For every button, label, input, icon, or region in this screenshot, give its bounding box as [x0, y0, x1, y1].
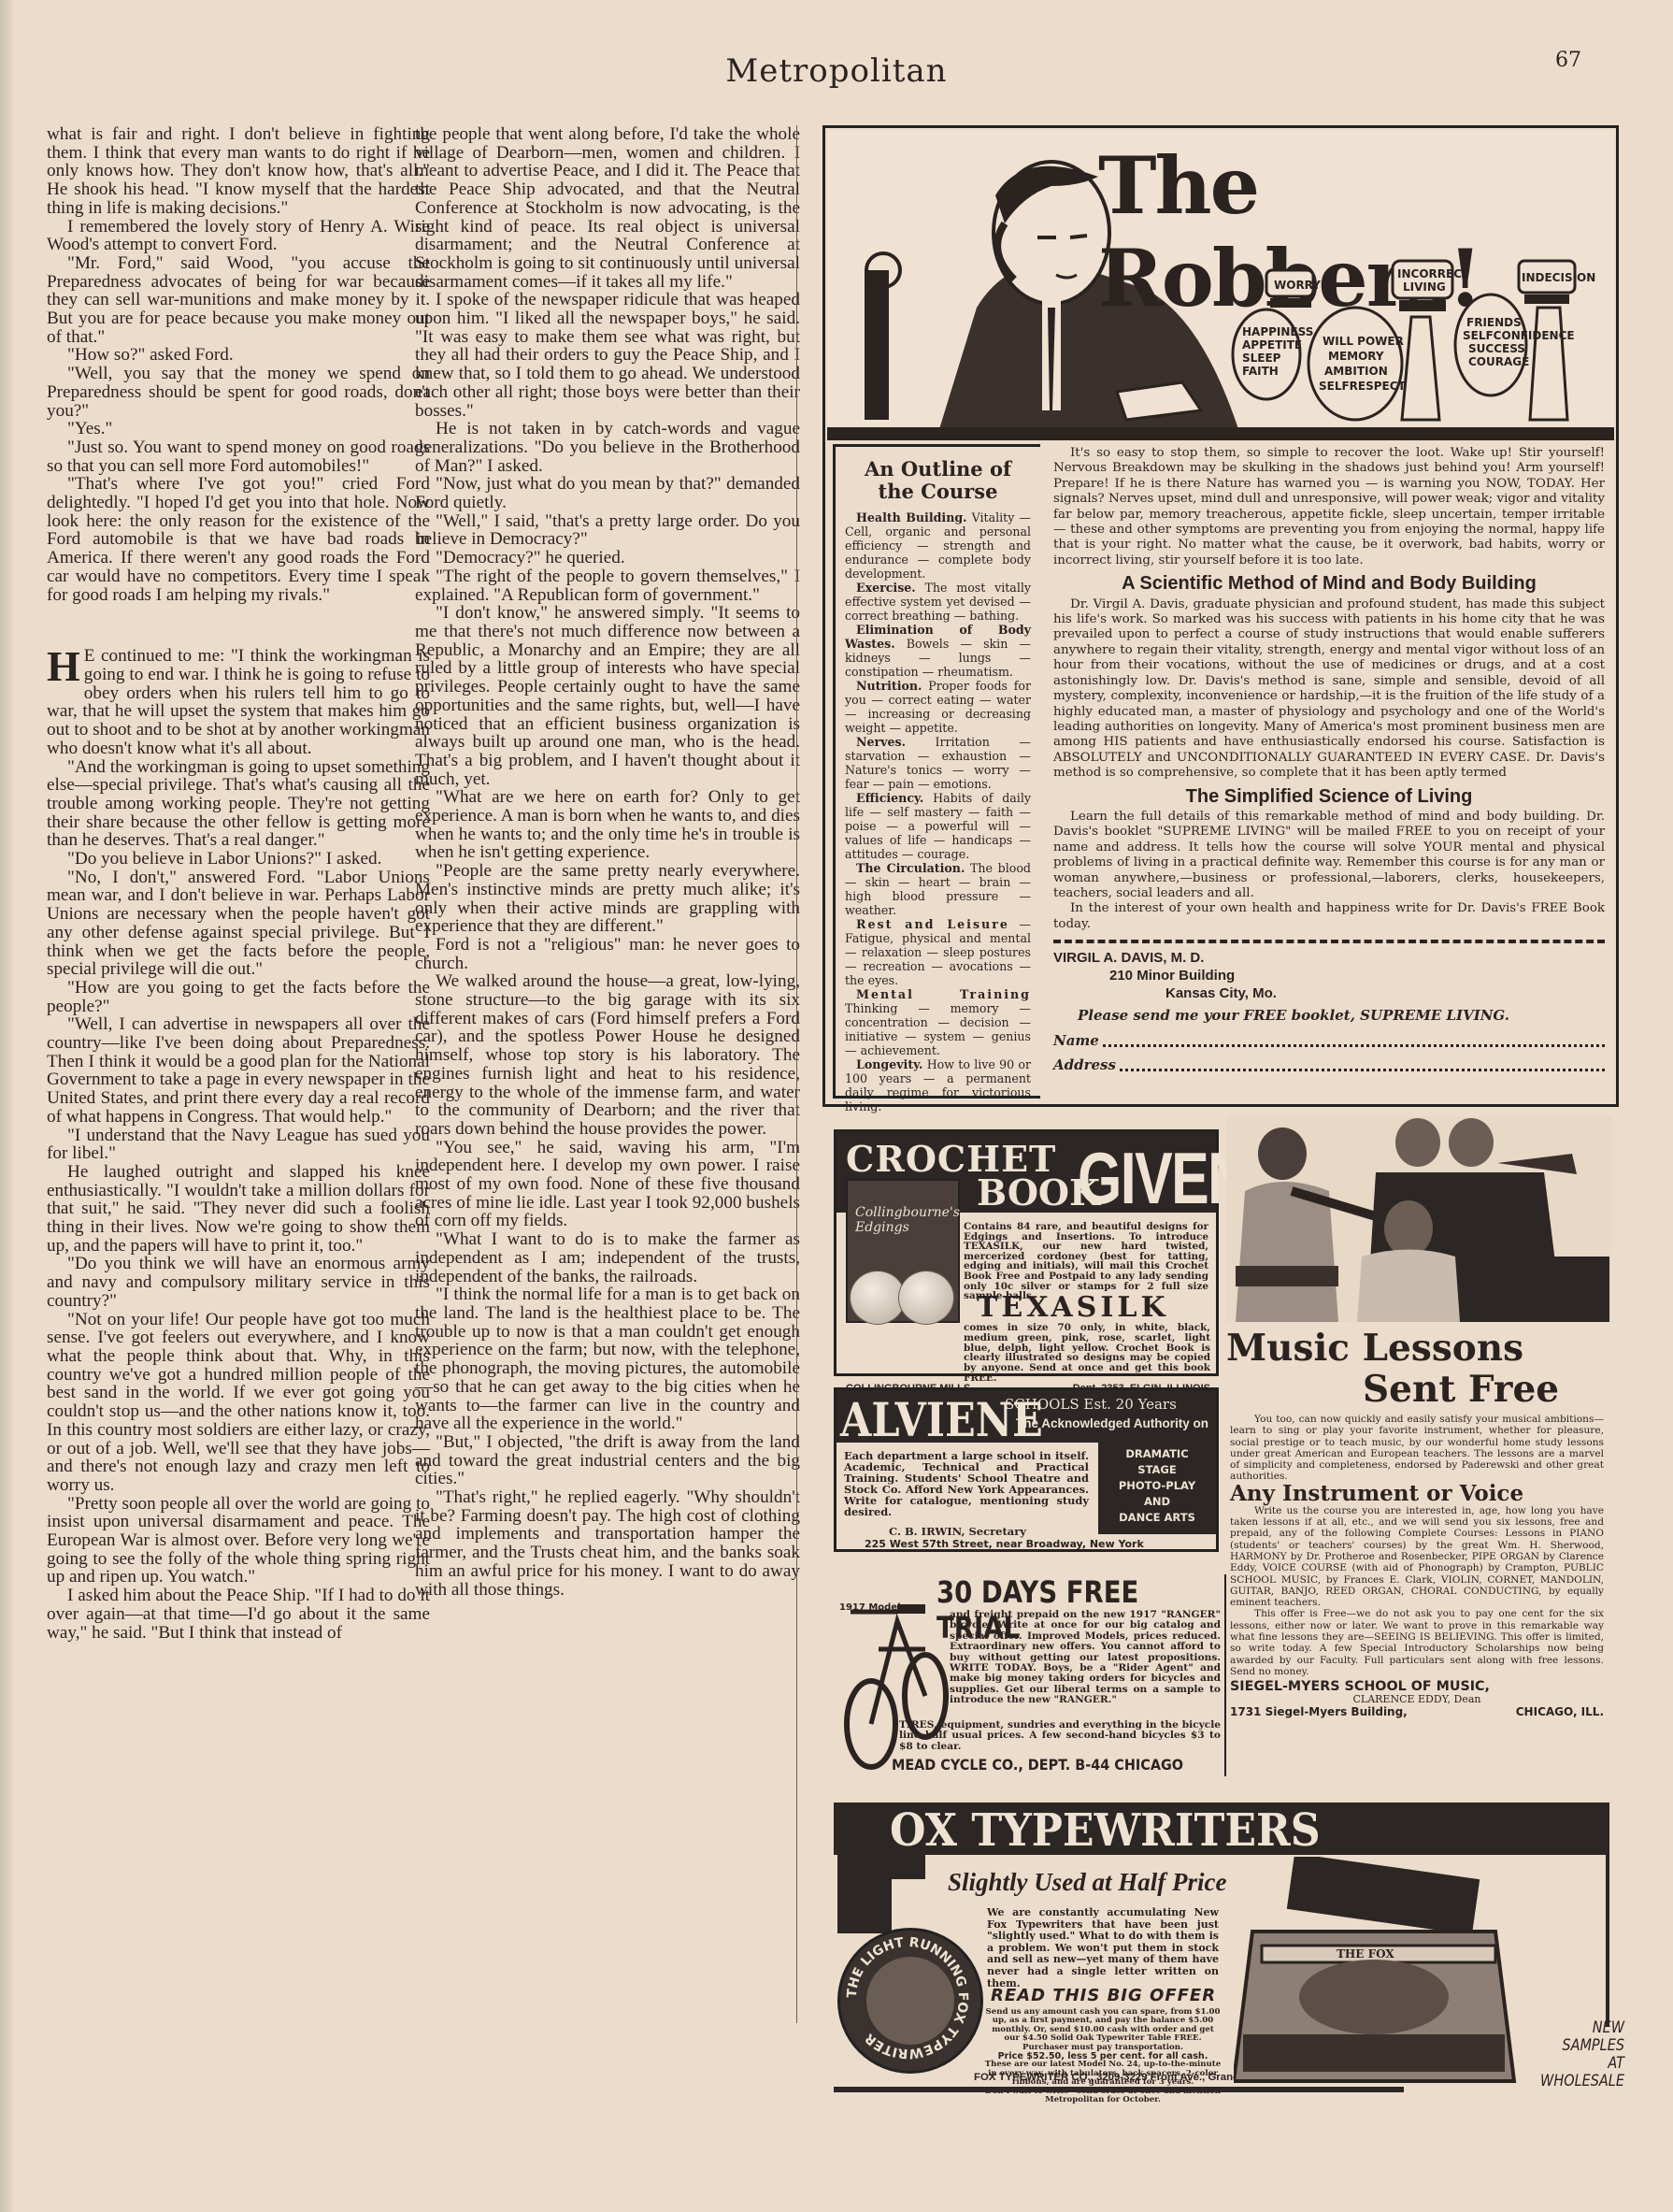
outline-item: Nerves. Irritation — starvation — exhaus… [845, 735, 1031, 791]
alviene-authority: The Acknowledged Authority on [1016, 1416, 1208, 1430]
paragraph: "Well, I can advertise in newspapers all… [47, 1015, 430, 1126]
typewriter-illustration: THE FOX [1234, 1857, 1520, 2090]
alviene-schools-est: SCHOOLS Est. 20 Years [1005, 1396, 1177, 1413]
paragraph: "Well," I said, "that's a pretty large o… [415, 512, 800, 549]
paragraph: "I think the normal life for a man is to… [415, 1286, 800, 1433]
coupon-city: Kansas City, Mo. [1053, 984, 1605, 1002]
paragraph: I remembered the lovely story of Henry A… [47, 218, 430, 254]
fox-typewriters-advertisement: OX TYPEWRITERS THE LIGHT RUNNING FOX TYP… [834, 1803, 1621, 2092]
paragraph: We walked around the house—a great, low-… [415, 972, 800, 1138]
music-headline-1: Music Lessons [1226, 1328, 1523, 1369]
crochet-body: Contains 84 rare, and beautiful designs … [964, 1222, 1208, 1301]
new-samples-callout: NEW SAMPLES AT WHOLESALE [1537, 2019, 1625, 2090]
article-column-right: the people that went along before, I'd t… [415, 125, 800, 1599]
section-start-paragraph: HE continued to me: "I think the working… [47, 647, 430, 757]
paragraph: "People are the same pretty nearly every… [415, 862, 800, 936]
svg-text:MEMORY: MEMORY [1328, 350, 1384, 363]
outline-item: Efficiency. Habits of daily life — self … [845, 791, 1031, 861]
coupon-name-field[interactable]: Name [1053, 1033, 1605, 1048]
crochet-book-advertisement: CROCHET BOOK GIVEN Collingbourne's Edgin… [834, 1129, 1219, 1376]
svg-text:SELFCONFIDENCE: SELFCONFIDENCE [1463, 329, 1575, 342]
music-body: You too, can now quickly and easily sati… [1230, 1414, 1604, 1717]
svg-text:INDECISION: INDECISION [1522, 271, 1595, 284]
svg-text:FAITH: FAITH [1242, 365, 1279, 378]
paragraph: "What I want to do is to make the farmer… [415, 1230, 800, 1286]
paragraph: Ford is not a "religious" man: he never … [415, 936, 800, 972]
outline-item: Elimination of Body Wastes. Bowels — ski… [845, 623, 1031, 679]
page-number: 67 [1555, 49, 1581, 72]
paragraph: "Well, you say that the money we spend o… [47, 365, 430, 420]
svg-text:THE LIGHT RUNNING FOX TYPEWRIT: THE LIGHT RUNNING FOX TYPEWRITER [845, 1935, 970, 2061]
paragraph: "What are we here on earth for? Only to … [415, 788, 800, 862]
svg-text:SELFRESPECT: SELFRESPECT [1319, 380, 1407, 393]
paragraph: "That's where I've got you!" cried Ford … [47, 475, 430, 604]
paragraph: "Do you think we will have an enormous a… [47, 1255, 430, 1310]
robber-indecision: INDECISION FRIENDS SELFCONFIDENCE SUCCES… [1455, 261, 1595, 420]
intro-paragraph: It's so easy to stop them, so simple to … [1053, 446, 1605, 568]
paragraph: "You see," he said, waving his arm, "I'm… [415, 1139, 800, 1231]
svg-text:WILL POWER: WILL POWER [1323, 335, 1404, 348]
coupon-building: 210 Minor Building [1053, 967, 1605, 984]
coupon-doctor-name: VIRGIL A. DAVIS, M. D. [1053, 949, 1605, 967]
outline-item: Exercise. The most vitally effective sys… [845, 581, 1031, 623]
svg-text:HAPPINESS: HAPPINESS [1242, 325, 1313, 338]
paragraph: He laughed outright and slapped his knee… [47, 1163, 430, 1256]
svg-text:FRIENDS: FRIENDS [1466, 316, 1522, 329]
paragraph: the people that went along before, I'd t… [415, 125, 800, 291]
alviene-subjects: DRAMATIC STAGE PHOTO-PLAY AND DANCE ARTS [1098, 1441, 1216, 1534]
alviene-schools-advertisement: ALVIENE SCHOOLS Est. 20 Years The Acknow… [834, 1387, 1219, 1552]
musicians-photo [1226, 1116, 1611, 1322]
alviene-address: 225 West 57th Street, near Broadway, New… [865, 1538, 1144, 1550]
svg-text:LIVING: LIVING [1403, 280, 1446, 294]
thread-ball-image [898, 1271, 954, 1325]
paragraph: "How are you going to get the facts befo… [47, 979, 430, 1015]
robbers-illustration: The Robbers! WORRY HAPPINESS APPETITE SL… [827, 130, 1614, 440]
fox-initial-f [837, 1803, 892, 1933]
robber-worry: WORRY HAPPINESS APPETITE SLEEP FAITH [1233, 270, 1321, 399]
science-heading: The Simplified Science of Living [1053, 789, 1605, 804]
paragraph: "But," I objected, "the drift is away fr… [415, 1433, 800, 1488]
course-outline-box: An Outline of the Course Health Building… [833, 444, 1040, 1099]
svg-text:WORRY: WORRY [1274, 279, 1321, 292]
svg-text:INCORRECT: INCORRECT [1397, 267, 1470, 280]
robbers-figures-illustration: WORRY HAPPINESS APPETITE SLEEP FAITH INC… [1229, 242, 1614, 429]
paragraph: "Just so. You want to spend money on goo… [47, 438, 430, 475]
paragraph: "Yes." [47, 420, 430, 438]
coupon-request: Please send me your FREE booklet, SUPREM… [1078, 1008, 1605, 1023]
coupon-address-field[interactable]: Address [1053, 1057, 1605, 1072]
outline-item: Longevity. How to live 90 or 100 years —… [845, 1057, 1031, 1113]
outline-item: Rest and Leisure — Fatigue, physical and… [845, 917, 1031, 987]
science-paragraph: Learn the full details of this remarkabl… [1053, 810, 1605, 901]
music-address: 1731 Siegel-Myers Building,CHICAGO, ILL. [1230, 1706, 1604, 1717]
robbers-copy: It's so easy to stop them, so simple to … [1053, 446, 1605, 1082]
paragraph: "No, I don't," answered Ford. "Labor Uni… [47, 869, 430, 979]
outline-item: Mental Training Thinking — memory — conc… [845, 987, 1031, 1057]
paragraph: "Now, just what do you mean by that?" de… [415, 475, 800, 511]
outline-heading: An Outline of the Course [845, 458, 1031, 503]
robber-incorrect-living: INCORRECT LIVING WILL POWER MEMORY AMBIT… [1308, 261, 1470, 420]
method-paragraph: Dr. Virgil A. Davis, graduate physician … [1053, 597, 1605, 782]
column-divider [796, 125, 797, 2023]
article-column-left: what is fair and right. I don't believe … [47, 125, 430, 1642]
paragraph: "How so?" asked Ford. [47, 346, 430, 365]
music-school-name: SIEGEL-MYERS SCHOOL OF MUSIC, [1230, 1679, 1604, 1694]
texasilk-brand: TEXASILK [977, 1291, 1169, 1324]
paragraph: "The right of the people to govern thems… [415, 567, 800, 604]
fox-headline: OX TYPEWRITERS [890, 1804, 1321, 1857]
alviene-body: Each department a large school in itself… [844, 1450, 1089, 1517]
fox-offer-heading: READ THIS BIG OFFER [991, 1986, 1216, 2005]
paragraph: "And the workingman is going to upset so… [47, 758, 430, 851]
paragraph: He is not taken in by catch-words and va… [415, 420, 800, 475]
ranger-bicycle-advertisement: 1917 Model 30 DAYS FREE TRIAL and freigh… [834, 1574, 1226, 1776]
mead-cycle-address: MEAD CYCLE CO., DEPT. B-44 CHICAGO [892, 1756, 1183, 1774]
paragraph: "I don't know," he answered simply. "It … [415, 604, 800, 788]
paragraph: "Democracy?" he queried. [415, 549, 800, 567]
svg-text:THE FOX: THE FOX [1337, 1947, 1394, 1961]
svg-text:COURAGE: COURAGE [1468, 355, 1529, 368]
paragraph: "That's right," he replied eagerly. "Why… [415, 1488, 800, 1599]
music-dean: CLARENCE EDDY, Dean [1230, 1694, 1604, 1705]
paragraph: "Do you believe in Labor Unions?" I aske… [47, 850, 430, 869]
crochet-title-given: GIVEN [1078, 1136, 1248, 1221]
robbers-advertisement: The Robbers! WORRY HAPPINESS APPETITE SL… [822, 125, 1619, 1107]
ranger-body: and freight prepaid on the new 1917 "RAN… [950, 1610, 1221, 1706]
svg-text:APPETITE: APPETITE [1242, 338, 1302, 352]
fox-seal-logo: THE LIGHT RUNNING FOX TYPEWRITER [837, 1928, 983, 2074]
paragraph: "Not on your life! Our people have got t… [47, 1311, 430, 1495]
fox-body: We are constantly accumulating New Fox T… [987, 1907, 1219, 1989]
drop-cap: H [47, 649, 80, 684]
svg-text:SUCCESS: SUCCESS [1468, 342, 1525, 355]
model-year-label: 1917 Model [839, 1602, 901, 1614]
svg-text:AMBITION: AMBITION [1324, 365, 1388, 378]
running-head: Metropolitan [0, 52, 1673, 90]
music-subhead: Any Instrument or Voice [1230, 1483, 1604, 1505]
page-binding-edge [0, 0, 13, 2212]
paragraph: I asked him about the Peace Ship. "If I … [47, 1587, 430, 1642]
outline-item: Health Building. Vitality — Cell, organi… [845, 510, 1031, 581]
ranger-tires-text: TIRES, equipment, sundries and everythin… [899, 1720, 1221, 1752]
outline-item: The Circulation. The blood — skin — hear… [845, 861, 1031, 917]
fox-subhead: Slightly Used at Half Price [948, 1868, 1226, 1897]
paragraph: what is fair and right. I don't believe … [47, 125, 430, 218]
paragraph: "Pretty soon people all over the world a… [47, 1495, 430, 1587]
paragraph: "I understand that the Navy League has s… [47, 1127, 430, 1163]
closing-paragraph: In the interest of your own health and h… [1053, 901, 1605, 932]
alviene-secretary: C. B. IRWIN, Secretary [889, 1525, 1026, 1538]
paragraph: "Mr. Ford," said Wood, "you accuse the P… [47, 254, 430, 347]
svg-text:SLEEP: SLEEP [1242, 352, 1281, 365]
coupon-cut-line [1053, 940, 1605, 943]
thread-ball-image [850, 1271, 906, 1325]
outline-item: Nutrition. Proper foods for you — correc… [845, 679, 1031, 735]
music-headline-2: Sent Free [1363, 1369, 1559, 1410]
music-lessons-advertisement: Music Lessons Sent Free You too, can now… [1226, 1116, 1619, 1795]
crochet-footer: comes in size 70 only, in white, black, … [846, 1323, 1210, 1394]
method-heading: A Scientific Method of Mind and Body Bui… [1053, 576, 1605, 591]
paragraph: I spoke of the newspaper ridicule that w… [415, 291, 800, 420]
